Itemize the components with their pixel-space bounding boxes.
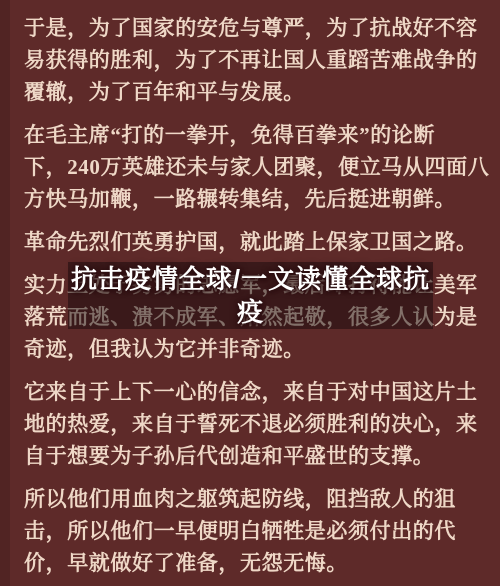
left-edge-shade <box>0 0 10 586</box>
text-line: 价，早就做好了准备，无怨无悔。 <box>24 547 486 579</box>
paragraph: 革命先烈们英勇护国，就此踏上保家卫国之路。 <box>24 226 486 258</box>
text-line: 下，240万英雄还未与家人团聚，便立马从四面八 <box>24 151 486 183</box>
paragraph: 于是，为了国家的安危与尊严，为了抗战好不容 易获得的胜利，为了不再让国人重蹈苦难… <box>24 12 486 108</box>
paragraph: 它来自于上下一心的信念，来自于对中国这片土 地的热爱，来自于誓死不退必须胜利的决… <box>24 376 486 472</box>
paragraph: 在毛主席“打的一拳开，免得百拳来”的论断 下，240万英雄还未与家人团聚，便立马… <box>24 119 486 215</box>
text-line: 于是，为了国家的安危与尊严，为了抗战好不容 <box>24 12 486 44</box>
text-line: 奇迹，但我认为它并非奇迹。 <box>24 333 486 365</box>
article-page: 于是，为了国家的安危与尊严，为了抗战好不容 易获得的胜利，为了不再让国人重蹈苦难… <box>0 0 500 586</box>
text-line: 所以他们用血肉之躯筑起防线，阻挡敌人的狙 <box>24 483 486 515</box>
paragraph: 所以他们用血肉之躯筑起防线，阻挡敌人的狙 击，所以他们一早便明白牺牲是必须付出的… <box>24 483 486 579</box>
text-line: 易获得的胜利，为了不再让国人重蹈苦难战争的 <box>24 44 486 76</box>
text-line: 覆辙，为了百年和平与发展。 <box>24 76 486 108</box>
title-overlay-box: 抗击疫情全球/一文读懂全球抗 疫 <box>68 262 433 329</box>
text-line: 它来自于上下一心的信念，来自于对中国这片土 <box>24 376 486 408</box>
text-line: 击，所以他们一早便明白牺牲是必须付出的代 <box>24 515 486 547</box>
text-line: 自于想要为子孙后代创造和平盛世的支撑。 <box>24 440 486 472</box>
text-line: 地的热爱，来自于誓死不退必须胜利的决心，来 <box>24 408 486 440</box>
overlay-title: 抗击疫情全球/一文读懂全球抗 疫 <box>68 263 433 329</box>
text-line: 在毛主席“打的一拳开，免得百拳来”的论断 <box>24 119 486 151</box>
text-line: 革命先烈们英勇护国，就此踏上保家卫国之路。 <box>24 226 486 258</box>
text-line: 方快马加鞭，一路辗转集结，先后挺进朝鲜。 <box>24 183 486 215</box>
